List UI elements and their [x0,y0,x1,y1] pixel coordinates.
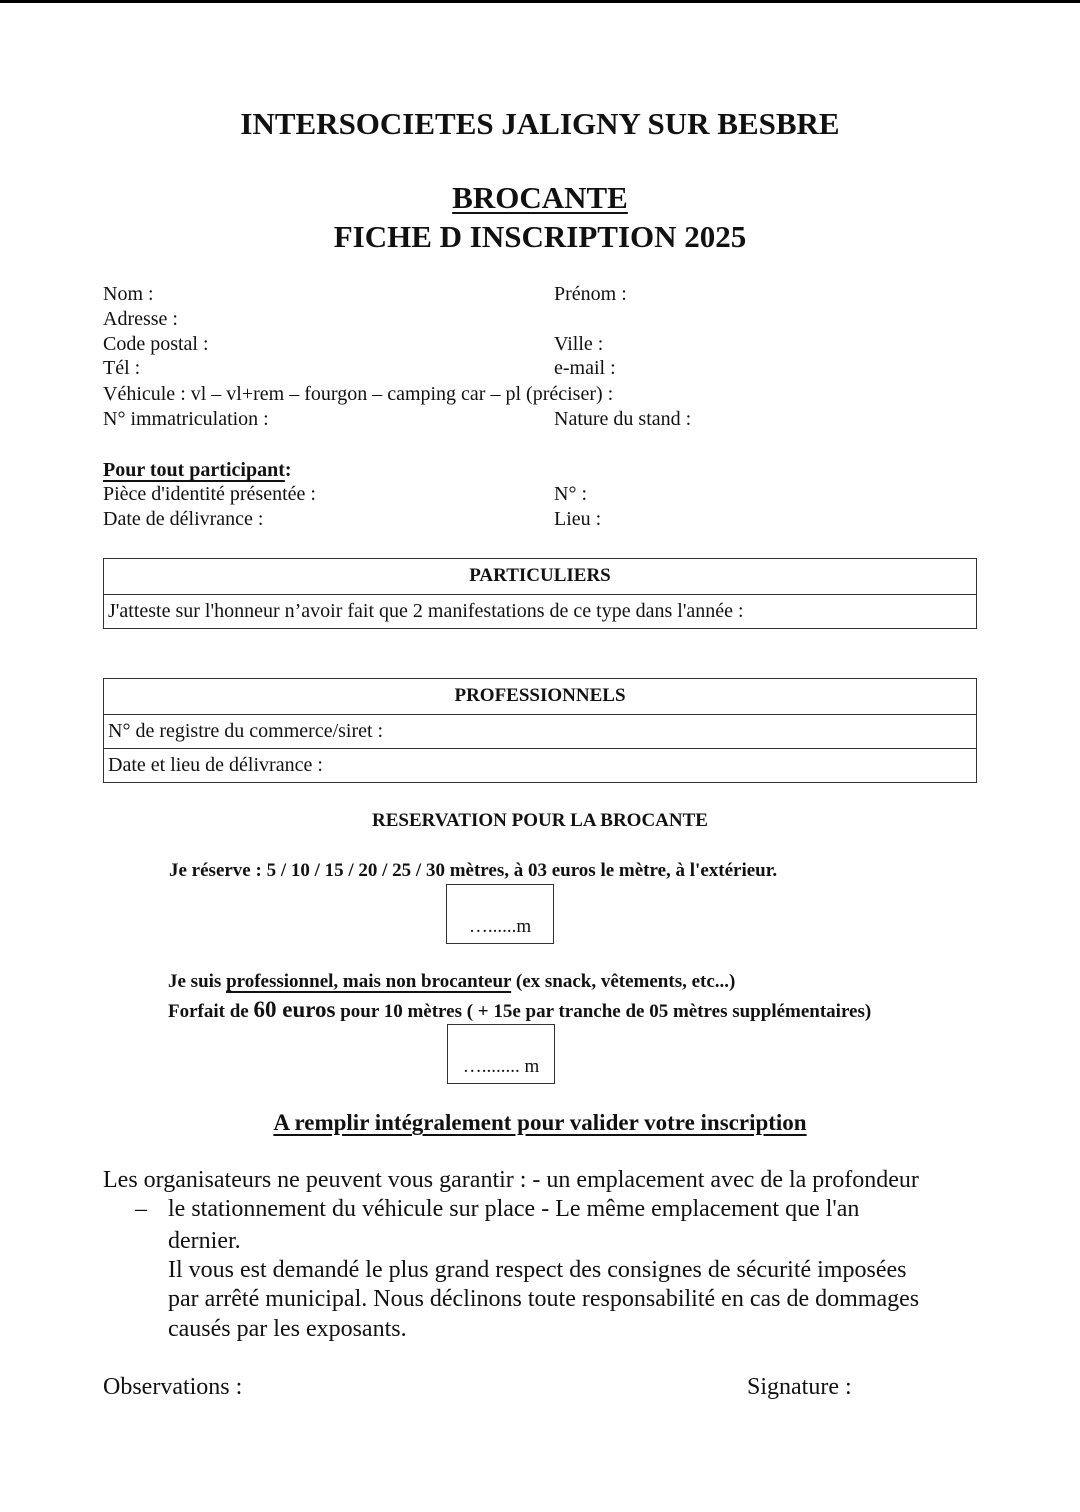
professionnels-heading: PROFESSIONNELS [104,679,976,714]
field-nature-stand[interactable]: Nature du stand : [554,408,691,431]
notice-line-2: le stationnement du véhicule sur place -… [168,1196,859,1223]
forfait-suffix: pour 10 mètres ( + 15e par tranche de 05… [335,1001,871,1022]
field-email[interactable]: e-mail : [554,357,616,380]
forfait-amount: 60 euros [253,997,335,1022]
field-lieu[interactable]: Lieu : [554,508,601,531]
field-vehicule[interactable]: Véhicule : vl – vl+rem – fourgon – campi… [103,383,613,406]
reservation-meters-box-2[interactable]: …........ m [447,1024,555,1084]
particuliers-heading: PARTICULIERS [104,559,976,594]
field-nom[interactable]: Nom : [103,283,154,306]
notice-line-1: Les organisateurs ne peuvent vous garant… [103,1167,919,1194]
organization-title: INTERSOCIETES JALIGNY SUR BESBRE [0,106,1080,142]
participant-heading-text: Pour tout participant [103,459,285,481]
top-border [0,0,1080,3]
notice-heading: A remplir intégralement pour valider vot… [0,1110,1080,1136]
professionnels-table: PROFESSIONNELS N° de registre du commerc… [103,678,977,783]
field-tel[interactable]: Tél : [103,357,140,380]
notice-line-4: Il vous est demandé le plus grand respec… [168,1257,906,1284]
event-title-text: BROCANTE [452,180,628,215]
event-title: BROCANTE [0,180,1080,216]
field-adresse[interactable]: Adresse : [103,308,178,331]
participant-heading-colon: : [285,459,292,481]
pro-line: Je suis professionnel, mais non brocante… [168,971,735,993]
reservation-meters-box-1[interactable]: …......m [446,884,554,944]
forfait-prefix: Forfait de [168,1001,253,1022]
form-title: FICHE D INSCRIPTION 2025 [0,219,1080,255]
particuliers-table: PARTICULIERS J'atteste sur l'honneur n’a… [103,558,977,629]
notice-line-6: causés par les exposants. [168,1316,407,1343]
field-prenom[interactable]: Prénom : [554,283,627,306]
notice-bullet: – [135,1196,147,1223]
reservation-line: Je réserve : 5 / 10 / 15 / 20 / 25 / 30 … [169,860,777,882]
field-immatriculation[interactable]: N° immatriculation : [103,408,269,431]
pro-prefix: Je suis [168,971,226,992]
notice-line-5: par arrêté municipal. Nous déclinons tou… [168,1286,919,1313]
field-numero[interactable]: N° : [554,483,587,506]
reservation-heading: RESERVATION POUR LA BROCANTE [0,810,1080,832]
pro-suffix: (ex snack, vêtements, etc...) [511,971,735,992]
field-date-delivrance[interactable]: Date de délivrance : [103,508,263,531]
pro-underlined: professionnel, mais non brocanteur [226,971,511,992]
field-code-postal[interactable]: Code postal : [103,333,209,356]
field-piece-identite[interactable]: Pièce d'identité présentée : [103,483,316,506]
professionnels-siret-row[interactable]: N° de registre du commerce/siret : [104,714,976,748]
participant-heading: Pour tout participant: [103,459,292,482]
particuliers-attestation-row[interactable]: J'atteste sur l'honneur n’avoir fait que… [104,594,976,628]
professionnels-delivrance-row[interactable]: Date et lieu de délivrance : [104,748,976,782]
forfait-line: Forfait de 60 euros pour 10 mètres ( + 1… [168,997,871,1023]
notice-heading-text: A remplir intégralement pour valider vot… [273,1110,806,1135]
notice-line-3: dernier. [168,1228,241,1255]
observations-field[interactable]: Observations : [103,1374,242,1401]
field-ville[interactable]: Ville : [554,333,603,356]
signature-field[interactable]: Signature : [747,1374,852,1401]
